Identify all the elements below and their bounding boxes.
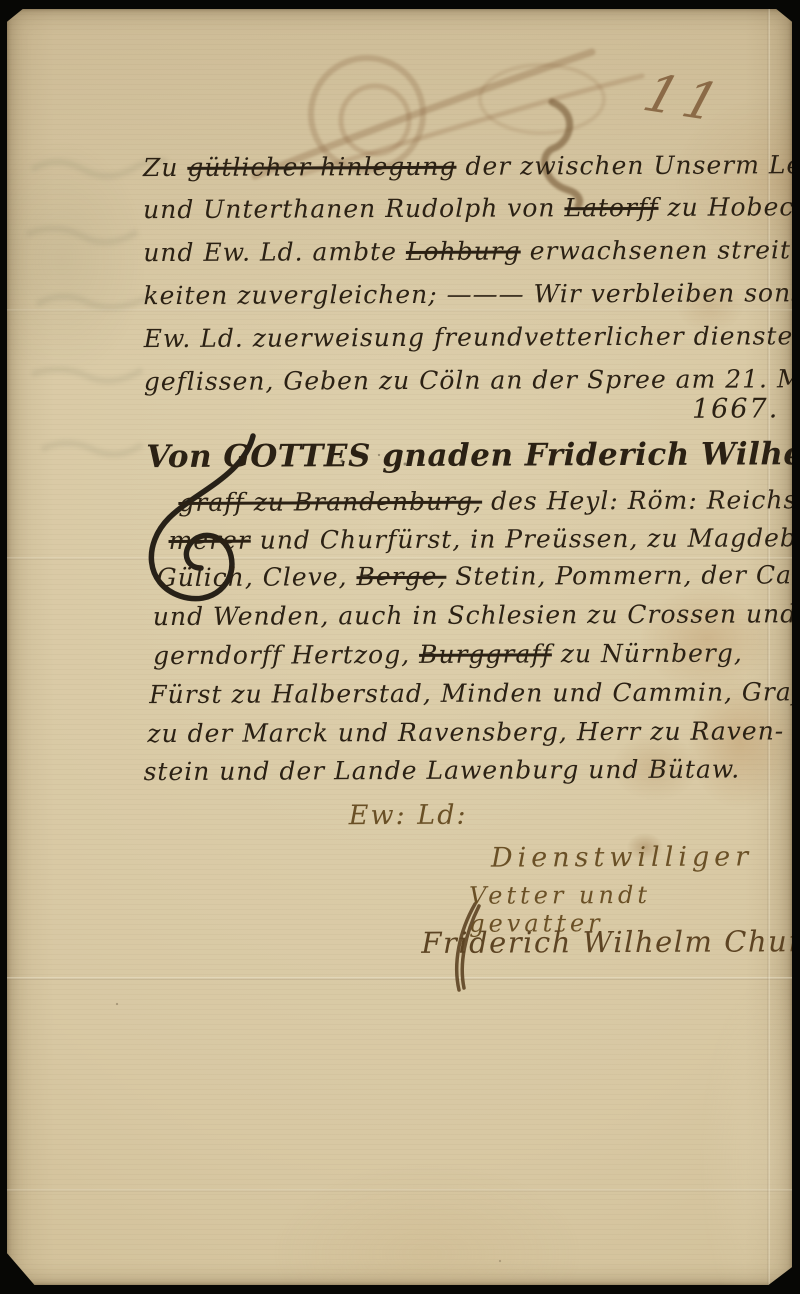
manuscript-line: zu der Marck und Ravensberg, Herr zu Rav… <box>147 716 784 748</box>
manuscript-line: Ew. Ld. zuerweisung freundvetterlicher d… <box>144 321 794 353</box>
manuscript-line: geflissen, Geben zu Cöln an der Spree am… <box>144 364 800 396</box>
manuscript-line: Gülich, Cleve, Berge, Stetin, Pommern, d… <box>157 560 800 592</box>
manuscript-line: stein und der Lande Lawenburg und Bütaw. <box>143 755 740 787</box>
signature-friderich-wilhelm: Friderich Wilhelm Churfürst <box>421 924 800 960</box>
manuscript-line: graff zu Brandenburg, des Heyl: Röm: Rei… <box>178 485 800 517</box>
electoral-title-block: Von GOTTES gnaden Friderich Wilhelm, Mar… <box>4 7 789 10</box>
manuscript-line: und Unterthanen Rudolph von Latorff zu H… <box>143 192 800 224</box>
manuscript-text: Zu gütlicher hinlegung der zwischen Unse… <box>4 7 795 1286</box>
manuscript-line: Von GOTTES gnaden Friderich Wilhelm, Mar… <box>146 435 800 475</box>
body-paragraph: Zu gütlicher hinlegung der zwischen Unse… <box>4 7 789 10</box>
manuscript-line: keiten zuvergleichen; ——— Wir verbleiben… <box>143 278 800 310</box>
manuscript-line: merer und Churfürst, in Preüssen, zu Mag… <box>168 523 800 555</box>
manuscript-line: und Ew. Ld. ambte Lohburg erwachsenen st… <box>143 235 800 267</box>
photograph-backdrop: 11 Zu gütlicher hinlegung der zwischen U… <box>0 0 800 1294</box>
manuscript-line: und Wenden, auch in Schlesien zu Crossen… <box>153 599 800 631</box>
closing-salute: Ew: Ld: <box>349 800 468 832</box>
closing-line-dienstwilliger: Dienstwilliger <box>491 841 753 873</box>
date-year: 1667. <box>692 393 779 424</box>
manuscript-line: Zu gütlicher hinlegung der zwischen Unse… <box>143 150 800 182</box>
manuscript-line: Fürst zu Halberstad, Minden und Cammin, … <box>149 677 800 709</box>
manuscript-line: gerndorff Hertzog, Burggraff zu Nürnberg… <box>153 639 743 671</box>
manuscript-paper: 11 Zu gütlicher hinlegung der zwischen U… <box>7 9 792 1285</box>
